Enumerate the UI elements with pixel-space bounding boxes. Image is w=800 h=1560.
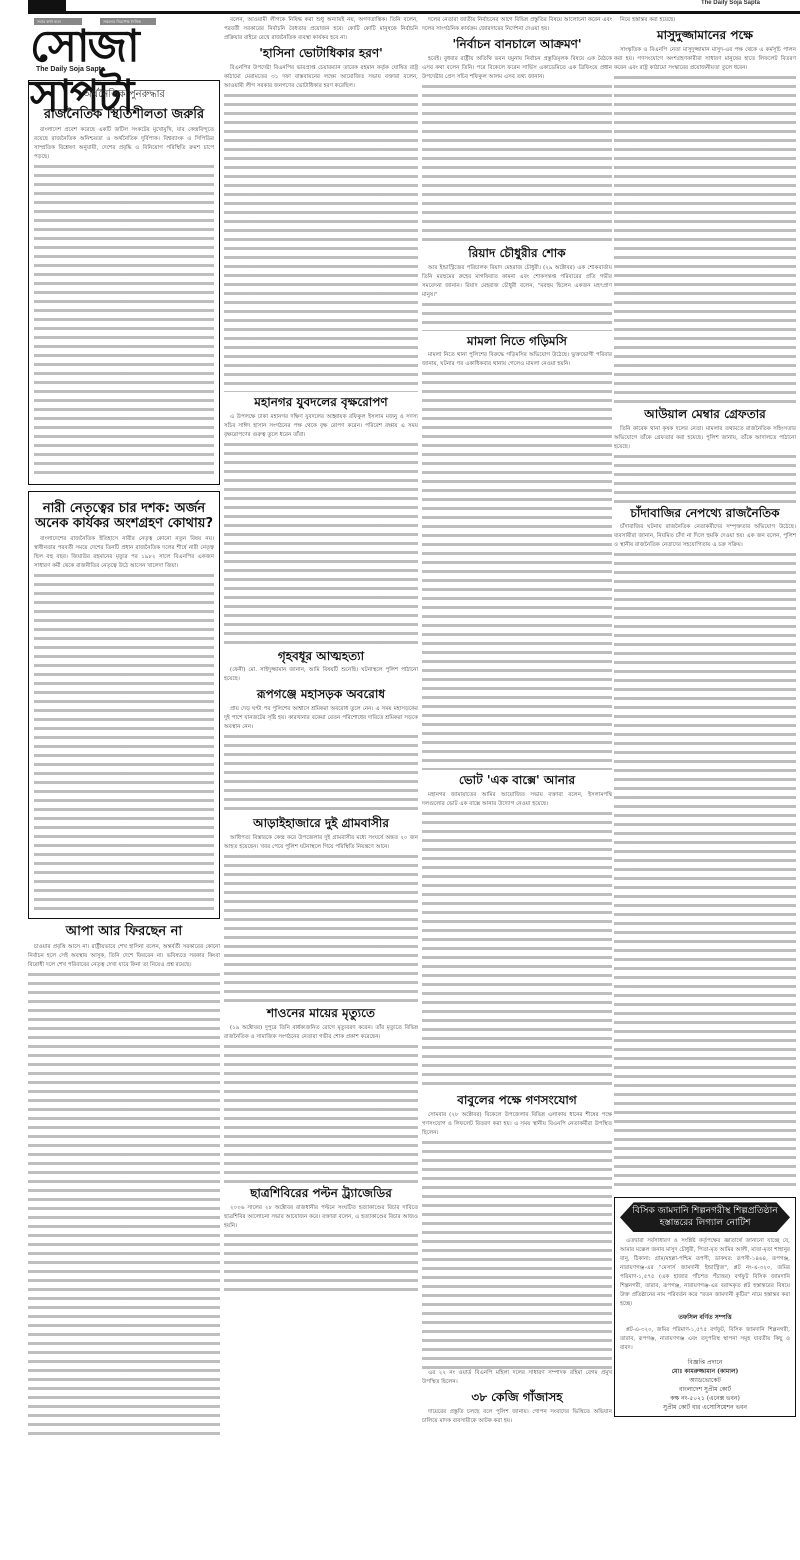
- column-3: দলের নেতারা জাতীয় নির্বাচনের আগে বিভিন্…: [422, 16, 612, 1427]
- article-body: মামলা নিতে থানা পুলিশের বিরুদ্ধে গড়িমসি…: [422, 351, 612, 770]
- article-lead: চাওয়ার প্রবৃত্তি আসে না। রাষ্ট্রীয়ভাবে…: [28, 943, 220, 970]
- article-body: হবেই। বুধবার রাষ্ট্রীয় অতিথি ভবন যমুনায…: [422, 55, 612, 243]
- article-body: মহানগর জামায়াতের আমির আয়োজিত সভায় বক্…: [422, 791, 612, 1090]
- article-headline: মহানগর যুবদলের বৃক্ষরোপণ: [224, 396, 418, 410]
- article-headline: বাবুলের পক্ষে গণসংযোগ: [422, 1094, 612, 1108]
- column-2: বলেন, আওয়ামী লীগকে নিষিদ্ধ করা শুধু অন্…: [224, 16, 418, 1292]
- notice-signature: বিজ্ঞপ্তি প্রদানে মোঃ কামরুজ্জামান (কামা…: [620, 1358, 790, 1412]
- article-headline: ছাত্রশিবিরের পল্টন ট্র্যাজেডির: [224, 1187, 418, 1201]
- article-headline: আড়াইহাজারে দুই গ্রামবাসীর: [224, 817, 418, 831]
- newspaper-subtitle: The Daily Soja Sapta: [36, 66, 105, 73]
- article-body: (১৯ অক্টোবর) দুপুরে তিনি বার্ধক্যজনিত রো…: [224, 1024, 418, 1183]
- column-1: অর্থনৈতিক পুনরুদ্ধার রাজনৈতিক স্থিতিশীলত…: [28, 80, 220, 1441]
- top-tagline: The Daily Soja Sapta: [701, 0, 760, 6]
- article-headline: আউয়াল মেম্বার গ্রেফতার: [614, 408, 796, 422]
- article-body: বাংলাদেশ প্রবেশ করেছে একটি জটিল সংকটের ম…: [34, 126, 214, 478]
- corner-block: [28, 0, 66, 14]
- article-headline: শাওনের মায়ের মৃত্যুতে: [224, 1007, 418, 1021]
- article-headline: ভোট 'এক বাক্সে' আনার: [422, 774, 612, 788]
- article-masud-topline: নিয়ে হস্তান্তর করা হয়েছে।: [614, 16, 796, 25]
- article-headline: মামলা নিতে গড়িমসি: [422, 335, 612, 349]
- article-headline: 'নির্বাচন বানচালে আক্রমণ': [422, 38, 612, 52]
- article-lead: বাংলাদেশ প্রবেশ করেছে একটি জটিল সংকটের ম…: [34, 126, 214, 162]
- article-body: এ উপলক্ষে ঢাকা মহানগর দক্ষিণ যুবদলের আহ্…: [224, 413, 418, 646]
- article-headline: রিয়াদ চৌধুরীর শোক: [422, 247, 612, 261]
- article-body: (ফেনী) মো. সাইদুজ্জামান জানান, আমি বিষয়…: [224, 666, 418, 684]
- article-headline: মাসুদুজ্জামানের পক্ষে: [614, 29, 796, 43]
- masthead: সবার কথা বলে সকলের নিরপেক্ষ দৈনিক সোজা স…: [28, 16, 218, 76]
- article-headline: গৃহবধূর আত্মহত্যা: [224, 650, 418, 664]
- notice-schedule: প্লট-এ-৩২০, জমির পরিমাণ-১,৫৭৫ বর্গফুট, ব…: [620, 1326, 790, 1353]
- article-apa: আপা আর ফিরছেন না চাওয়ার প্রবৃত্তি আসে ন…: [28, 925, 220, 1441]
- notice-body: এতদ্বারা সর্বসাধারণ ও সংশ্লিষ্ট কর্তৃপক্…: [620, 1237, 790, 1309]
- article-body: আর ইন্ডাস্ট্রিজের পরিচালক রিয়াদ মেহরাজ …: [422, 264, 612, 331]
- article-body: সাংস্কৃতিক ও বিএনপি নেতা মাসুদুজ্জামান ম…: [614, 46, 796, 404]
- article-nirbachon-intro: দলের নেতারা জাতীয় নির্বাচনের আগে বিভিন্…: [422, 16, 612, 34]
- article-headline: রূপগঞ্জে মহাসড়ক অবরোধ: [224, 688, 418, 702]
- article-hasina-intro: বলেন, আওয়ামী লীগকে নিষিদ্ধ করা শুধু অন্…: [224, 16, 418, 43]
- article-headline: আপা আর ফিরছেন না: [28, 925, 220, 940]
- article-body: আধিপত্য বিস্তারকে কেন্দ্র করে উপজেলার দু…: [224, 834, 418, 1003]
- article-body: বাংলাদেশের রাজনৈতিক ইতিহাসে নারীর নেতৃত্…: [34, 535, 214, 912]
- top-rule: The Daily Soja Sapta: [28, 0, 800, 14]
- article-lead: বাংলাদেশের রাজনৈতিক ইতিহাসে নারীর নেতৃত্…: [34, 535, 214, 571]
- article-economic: অর্থনৈতিক পুনরুদ্ধার রাজনৈতিক স্থিতিশীলত…: [28, 80, 220, 485]
- column-4: নিয়ে হস্তান্তর করা হয়েছে। মাসুদুজ্জামা…: [614, 16, 796, 1417]
- legal-notice: বিসিক জামদানি শিল্পনগরীস্থ শিল্পপ্রতিষ্ঠ…: [614, 1197, 796, 1417]
- article-headline: 'হাসিনা ভোটাধিকার হরণ': [224, 47, 418, 61]
- article-headline: রাজনৈতিক স্থিতিশীলতা জরুরি: [34, 108, 214, 123]
- article-headline: ৩৮ কেজি গাঁজাসহ: [422, 1391, 612, 1405]
- article-kicker: অর্থনৈতিক পুনরুদ্ধার: [34, 87, 214, 104]
- article-body: ২০০৬ সালের ২৮ অক্টোবর রাজধানীর পল্টনে সং…: [224, 1204, 418, 1292]
- article-body: তিনি কাবেক থানা কৃষক দলের নেতা। মামলার ত…: [614, 425, 796, 503]
- article-body: চাওয়ার প্রবৃত্তি আসে না। রাষ্ট্রীয়ভাবে…: [28, 943, 220, 1441]
- notice-schedule-title: তফসিল বর্ণিত সম্পত্তি: [620, 1312, 790, 1323]
- article-body: প্রায় দেড় ঘণ্টা পর পুলিশের আশ্বাসে শ্র…: [224, 705, 418, 813]
- article-body: দায়েরের প্রস্তুতি চলছে বলে পুলিশ জানায়…: [422, 1408, 612, 1426]
- article-body: সোমবার (২৮ অক্টোবর) বিকেলে উপজেলার বিভিন…: [422, 1111, 612, 1387]
- article-women: নারী নেতৃত্বের চার দশক: অর্জন অনেক কার্য…: [28, 491, 220, 919]
- article-body: চাঁদাবাজির ঘটনায় রাজনৈতিক নেতাকর্মীদের …: [614, 523, 796, 1191]
- article-body: বিএনপির উপদেষ্টা বিএনপির ভারপ্রাপ্ত চেয়…: [224, 64, 418, 392]
- notice-banner: বিসিক জামদানি শিল্পনগরীস্থ শিল্পপ্রতিষ্ঠ…: [620, 1202, 790, 1232]
- article-headline: নারী নেতৃত্বের চার দশক: অর্জন অনেক কার্য…: [34, 502, 214, 532]
- article-headline: চাঁদাবাজির নেপথ্যে রাজনৈতিক: [614, 507, 796, 521]
- article-lead: বিএনপির উপদেষ্টা বিএনপির ভারপ্রাপ্ত চেয়…: [224, 64, 418, 91]
